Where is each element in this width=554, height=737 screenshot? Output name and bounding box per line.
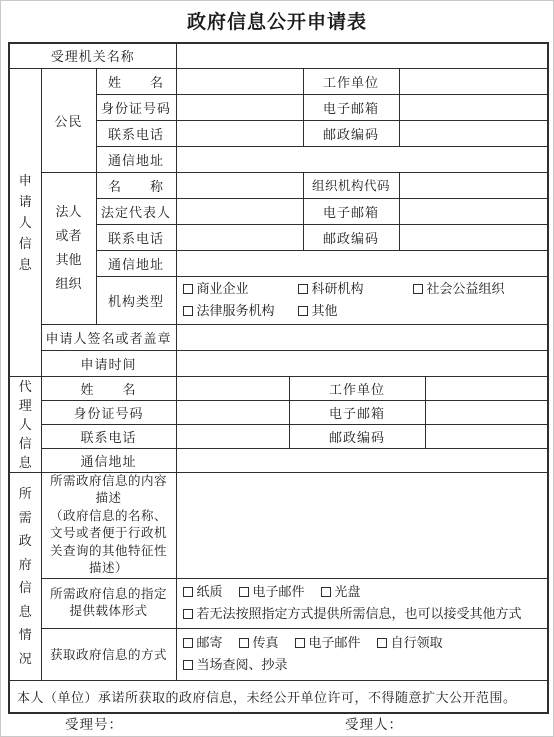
- table-row: 代理人信息 姓 名 工作单位: [9, 376, 548, 400]
- page-title: 政府信息公开申请表: [1, 1, 553, 34]
- option-label: 传真: [253, 635, 279, 650]
- option-label: 光盘: [335, 584, 361, 599]
- acceptance-person-label: 受理人：: [345, 713, 403, 733]
- table-row: 法人或者其他组织 名 称 组织机构代码: [9, 172, 548, 198]
- org-name-label: 名 称: [96, 172, 176, 198]
- table-row: 本人（单位）承诺所获取的政府信息，未经公开单位许可，不得随意扩大公开范围。: [9, 680, 548, 713]
- table-row: 所需政府信息情况 所需政府信息的内容 描述 （政府信息的名称、 文号或者便于行政…: [9, 472, 548, 578]
- citizen-address-label: 通信地址: [96, 146, 176, 172]
- table-row: 获取政府信息的方式 邮寄传真电子邮件自行领取 当场查阅、抄录: [9, 628, 548, 680]
- citizen-work-unit-label: 工作单位: [303, 68, 399, 94]
- checkbox-icon[interactable]: [183, 638, 193, 648]
- org-legal-rep-label: 法定代表人: [96, 198, 176, 224]
- citizen-id-label: 身份证号码: [96, 94, 176, 120]
- checkbox-research-institution[interactable]: 科研机构: [298, 278, 413, 300]
- org-group-label: 法人或者其他组织: [55, 200, 83, 296]
- agent-id-label: 身份证号码: [41, 400, 176, 424]
- agent-postal-label: 邮政编码: [289, 424, 425, 448]
- agent-name-label: 姓 名: [41, 376, 176, 400]
- option-label: 自行领取: [391, 635, 443, 650]
- checkbox-commercial-enterprise[interactable]: 商业企业: [183, 278, 298, 300]
- agent-side-label: 代理人信息: [18, 377, 33, 472]
- table-row: 申请时间: [9, 350, 548, 376]
- citizen-address-value[interactable]: [176, 146, 548, 172]
- checkbox-icon[interactable]: [413, 284, 423, 294]
- checkbox-self-pickup[interactable]: 自行领取: [377, 632, 443, 654]
- pledge-text: 本人（单位）承诺所获取的政府信息，未经公开单位许可，不得随意扩大公开范围。: [9, 680, 548, 713]
- option-label: 科研机构: [312, 281, 364, 296]
- checkbox-icon[interactable]: [183, 284, 193, 294]
- info-request-section: 所需政府信息情况: [9, 472, 41, 680]
- citizen-phone-label: 联系电话: [96, 120, 176, 146]
- apply-time-label: 申请时间: [41, 350, 176, 376]
- org-address-value[interactable]: [176, 250, 548, 276]
- citizen-id-value[interactable]: [176, 94, 303, 120]
- agent-work-unit-label: 工作单位: [289, 376, 425, 400]
- apply-time-value[interactable]: [176, 350, 548, 376]
- checkbox-icon[interactable]: [321, 587, 331, 597]
- table-row: 身份证号码 电子邮箱: [9, 400, 548, 424]
- table-row: 申请人信息 公民 姓 名 工作单位: [9, 68, 548, 94]
- org-postal-value[interactable]: [399, 224, 548, 250]
- checkbox-email-delivery[interactable]: 电子邮件: [295, 632, 361, 654]
- org-legal-rep-value[interactable]: [176, 198, 303, 224]
- table-row: 申请人签名或者盖章: [9, 324, 548, 350]
- agent-phone-value[interactable]: [176, 424, 289, 448]
- table-row: 所需政府信息的指定 提供载体形式 纸质电子邮件光盘 若无法按照指定方式提供所需信…: [9, 578, 548, 628]
- checkbox-icon[interactable]: [239, 638, 249, 648]
- checkbox-icon[interactable]: [183, 587, 193, 597]
- checkbox-paper[interactable]: 纸质: [183, 581, 223, 603]
- checkbox-icon[interactable]: [239, 587, 249, 597]
- table-row: 联系电话 邮政编码: [9, 424, 548, 448]
- citizen-postal-label: 邮政编码: [303, 120, 399, 146]
- checkbox-icon[interactable]: [183, 660, 193, 670]
- content-desc-value[interactable]: [176, 472, 548, 578]
- applicant-signature-value[interactable]: [176, 324, 548, 350]
- agent-email-value[interactable]: [425, 400, 548, 424]
- org-type-label: 机构类型: [96, 276, 176, 324]
- org-postal-label: 邮政编码: [303, 224, 399, 250]
- checkbox-icon[interactable]: [183, 306, 193, 316]
- applicant-side-label: 申请人信息: [18, 170, 33, 275]
- citizen-email-value[interactable]: [399, 94, 548, 120]
- citizen-name-value[interactable]: [176, 68, 303, 94]
- form-footer: 受理号： 受理人：: [1, 713, 553, 735]
- agent-address-value[interactable]: [176, 448, 548, 472]
- checkbox-icon[interactable]: [295, 638, 305, 648]
- accepting-agency-value[interactable]: [176, 43, 548, 68]
- citizen-group-label: 公民: [41, 68, 96, 172]
- option-label: 商业企业: [197, 281, 249, 296]
- option-label: 社会公益组织: [427, 281, 505, 296]
- accepting-agency-label: 受理机关名称: [9, 43, 176, 68]
- org-group-cell: 法人或者其他组织: [41, 172, 96, 324]
- table-row: 通信地址: [9, 448, 548, 472]
- agent-address-label: 通信地址: [41, 448, 176, 472]
- acceptance-number-label: 受理号：: [65, 713, 123, 733]
- option-label: 当场查阅、抄录: [197, 657, 288, 672]
- org-phone-value[interactable]: [176, 224, 303, 250]
- agent-name-value[interactable]: [176, 376, 289, 400]
- citizen-phone-value[interactable]: [176, 120, 303, 146]
- agent-work-unit-value[interactable]: [425, 376, 548, 400]
- citizen-work-unit-value[interactable]: [399, 68, 548, 94]
- citizen-email-label: 电子邮箱: [303, 94, 399, 120]
- applicant-signature-label: 申请人签名或者盖章: [41, 324, 176, 350]
- carrier-form-options: 纸质电子邮件光盘 若无法按照指定方式提供所需信息，也可以接受其他方式: [176, 578, 548, 628]
- agent-section: 代理人信息: [9, 376, 41, 472]
- obtain-method-options: 邮寄传真电子邮件自行领取 当场查阅、抄录: [176, 628, 548, 680]
- checkbox-accept-other-format[interactable]: 若无法按照指定方式提供所需信息，也可以接受其他方式: [183, 603, 522, 625]
- agent-postal-value[interactable]: [425, 424, 548, 448]
- checkbox-other-org-type[interactable]: 其他: [298, 300, 338, 322]
- checkbox-public-welfare-org[interactable]: 社会公益组织: [413, 278, 505, 300]
- org-phone-label: 联系电话: [96, 224, 176, 250]
- citizen-name-label: 姓 名: [96, 68, 176, 94]
- org-address-label: 通信地址: [96, 250, 176, 276]
- agent-id-value[interactable]: [176, 400, 289, 424]
- agent-phone-label: 联系电话: [41, 424, 176, 448]
- agent-email-label: 电子邮箱: [289, 400, 425, 424]
- citizen-postal-value[interactable]: [399, 120, 548, 146]
- checkbox-icon[interactable]: [298, 306, 308, 316]
- option-label: 纸质: [197, 584, 223, 599]
- checkbox-cd[interactable]: 光盘: [321, 581, 361, 603]
- obtain-method-label: 获取政府信息的方式: [41, 628, 176, 680]
- org-code-value[interactable]: [399, 172, 548, 198]
- option-label: 法律服务机构: [197, 303, 275, 318]
- checkbox-legal-service-org[interactable]: 法律服务机构: [183, 300, 298, 322]
- checkbox-icon[interactable]: [183, 609, 193, 619]
- checkbox-icon[interactable]: [298, 284, 308, 294]
- option-label: 邮寄: [197, 635, 223, 650]
- form-page: 政府信息公开申请表 受理机关名称 申请人信息 公民 姓 名 工作单位 身份证号码: [0, 0, 554, 737]
- option-label: 电子邮件: [309, 635, 361, 650]
- checkbox-icon[interactable]: [377, 638, 387, 648]
- info-side-label: 所需政府信息情况: [18, 482, 33, 670]
- carrier-form-label: 所需政府信息的指定 提供载体形式: [41, 578, 176, 628]
- table-row: 受理机关名称: [9, 43, 548, 68]
- checkbox-onsite-review[interactable]: 当场查阅、抄录: [183, 654, 288, 676]
- org-email-label: 电子邮箱: [303, 198, 399, 224]
- option-label: 电子邮件: [253, 584, 305, 599]
- applicant-section: 申请人信息: [9, 68, 41, 376]
- checkbox-fax[interactable]: 传真: [239, 632, 279, 654]
- option-label: 其他: [312, 303, 338, 318]
- application-form-table: 受理机关名称 申请人信息 公民 姓 名 工作单位 身份证号码 电子邮箱 联系电话…: [8, 42, 549, 714]
- content-desc-label: 所需政府信息的内容 描述 （政府信息的名称、 文号或者便于行政机 关查询的其他特…: [41, 472, 176, 578]
- checkbox-email-carrier[interactable]: 电子邮件: [239, 581, 305, 603]
- org-code-label: 组织机构代码: [303, 172, 399, 198]
- org-name-value[interactable]: [176, 172, 303, 198]
- org-type-options: 商业企业科研机构社会公益组织 法律服务机构其他: [176, 276, 548, 324]
- org-email-value[interactable]: [399, 198, 548, 224]
- checkbox-mail[interactable]: 邮寄: [183, 632, 223, 654]
- option-label: 若无法按照指定方式提供所需信息，也可以接受其他方式: [197, 606, 522, 621]
